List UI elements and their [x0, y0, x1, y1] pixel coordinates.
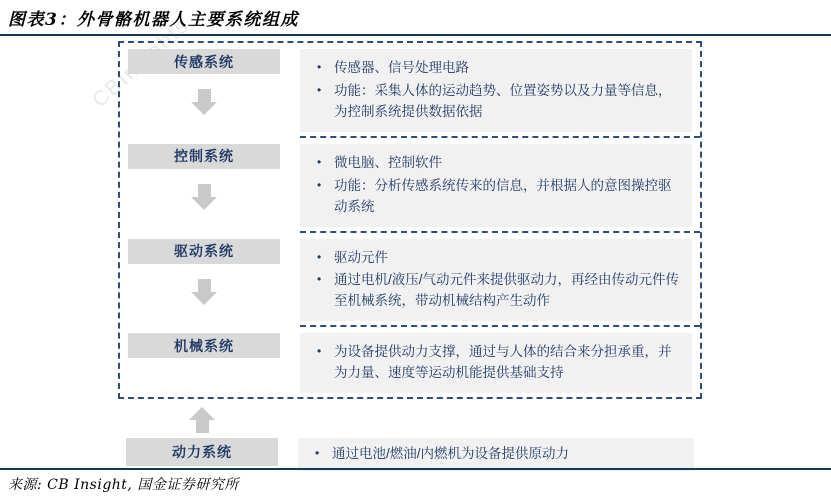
- dashed-diagram-box: 传感系统 传感器、信号处理电路功能：采集人体的运动趋势、位置姿势以及力量等信息，…: [118, 41, 702, 399]
- bullet-item: 微电脑、控制软件: [310, 153, 680, 174]
- bullet-list: 微电脑、控制软件功能：分析传感系统传来的信息，并根据人的意图操控驱动系统: [310, 153, 680, 218]
- system-label-box: 驱动系统: [128, 239, 280, 264]
- bullet-item: 传感器、信号处理电路: [310, 58, 680, 79]
- figure-title: 图表3：外骨骼机器人主要系统组成: [8, 10, 299, 30]
- bullet-list: 传感器、信号处理电路功能：采集人体的运动趋势、位置姿势以及力量等信息，为控制系统…: [310, 58, 680, 123]
- system-label-column: 控制系统: [120, 144, 300, 227]
- system-description-column: 为设备提供动力支撑，通过与人体的结合来分担承重，并为力量、速度等运动机能提供基础…: [300, 333, 692, 393]
- source-note: 来源: CB Insight, 国金证券研究所: [8, 477, 239, 493]
- bullet-list: 驱动元件通过电机/液压/气动元件来提供驱动力，再经由传动元件传至机械系统，带动机…: [310, 248, 680, 313]
- bullet-list: 通过电池/燃油/内燃机为设备提供原动力: [308, 444, 682, 465]
- figure-header: 图表3：外骨骼机器人主要系统组成: [0, 0, 831, 36]
- bullet-item: 为设备提供动力支撑，通过与人体的结合来分担承重，并为力量、速度等运动机能提供基础…: [310, 342, 680, 384]
- system-label-column: 机械系统: [120, 333, 300, 393]
- system-description-box: 驱动元件通过电机/液压/气动元件来提供驱动力，再经由传动元件传至机械系统，带动机…: [300, 239, 692, 322]
- system-label: 驱动系统: [174, 241, 234, 261]
- system-row: 动力系统 通过电池/燃油/内燃机为设备提供原动力: [118, 438, 702, 471]
- system-row: 控制系统 微电脑、控制软件功能：分析传感系统传来的信息，并根据人的意图操控驱动系…: [120, 138, 700, 231]
- bullet-item: 驱动元件: [310, 248, 680, 269]
- bullet-item: 功能：采集人体的运动趋势、位置姿势以及力量等信息，为控制系统提供数据依据: [310, 81, 680, 123]
- system-label: 动力系统: [172, 442, 232, 462]
- system-label-box: 机械系统: [128, 333, 280, 358]
- power-row-container: 动力系统 通过电池/燃油/内燃机为设备提供原动力: [118, 438, 702, 471]
- down-arrow-icon: [128, 184, 280, 210]
- bullet-item: 功能：分析传感系统传来的信息，并根据人的意图操控驱动系统: [310, 176, 680, 218]
- bullet-item: 通过电池/燃油/内燃机为设备提供原动力: [308, 444, 682, 465]
- system-description-column: 驱动元件通过电机/液压/气动元件来提供驱动力，再经由传动元件传至机械系统，带动机…: [300, 239, 692, 322]
- down-arrow-icon: [128, 89, 280, 115]
- system-row: 驱动系统 驱动元件通过电机/液压/气动元件来提供驱动力，再经由传动元件传至机械系…: [120, 233, 700, 326]
- system-description-box: 传感器、信号处理电路功能：采集人体的运动趋势、位置姿势以及力量等信息，为控制系统…: [300, 49, 692, 132]
- figure-footer: 来源: CB Insight, 国金证券研究所: [0, 468, 831, 494]
- system-label: 机械系统: [174, 336, 234, 356]
- system-row: 传感系统 传感器、信号处理电路功能：采集人体的运动趋势、位置姿势以及力量等信息，…: [120, 43, 700, 136]
- system-label-column: 驱动系统: [120, 239, 300, 322]
- system-description-column: 传感器、信号处理电路功能：采集人体的运动趋势、位置姿势以及力量等信息，为控制系统…: [300, 49, 692, 132]
- system-description-box: 微电脑、控制软件功能：分析传感系统传来的信息，并根据人的意图操控驱动系统: [300, 144, 692, 227]
- system-label-box: 动力系统: [126, 438, 278, 466]
- system-label-column: 动力系统: [118, 438, 298, 471]
- up-arrow-icon: [126, 407, 278, 433]
- system-label-box: 控制系统: [128, 144, 280, 169]
- system-description-box: 通过电池/燃油/内燃机为设备提供原动力: [298, 438, 694, 471]
- system-label: 控制系统: [174, 146, 234, 166]
- system-description-box: 为设备提供动力支撑，通过与人体的结合来分担承重，并为力量、速度等运动机能提供基础…: [300, 333, 692, 393]
- system-description-column: 微电脑、控制软件功能：分析传感系统传来的信息，并根据人的意图操控驱动系统: [300, 144, 692, 227]
- system-description-column: 通过电池/燃油/内燃机为设备提供原动力: [298, 438, 694, 471]
- report-figure-page: 图表3：外骨骼机器人主要系统组成 CBInsights 传感系统 传感器、信号处…: [0, 0, 831, 498]
- system-row: 机械系统 为设备提供动力支撑，通过与人体的结合来分担承重，并为力量、速度等运动机…: [120, 327, 700, 397]
- diagram: 传感系统 传感器、信号处理电路功能：采集人体的运动趋势、位置姿势以及力量等信息，…: [118, 41, 702, 471]
- bullet-item: 通过电机/液压/气动元件来提供驱动力，再经由传动元件传至机械系统，带动机械结构产…: [310, 270, 680, 312]
- system-label-column: 传感系统: [120, 49, 300, 132]
- bullet-list: 为设备提供动力支撑，通过与人体的结合来分担承重，并为力量、速度等运动机能提供基础…: [310, 342, 680, 384]
- power-section: 动力系统 通过电池/燃油/内燃机为设备提供原动力: [118, 407, 702, 471]
- down-arrow-icon: [128, 279, 280, 305]
- system-label: 传感系统: [174, 52, 234, 72]
- system-label-box: 传感系统: [128, 49, 280, 74]
